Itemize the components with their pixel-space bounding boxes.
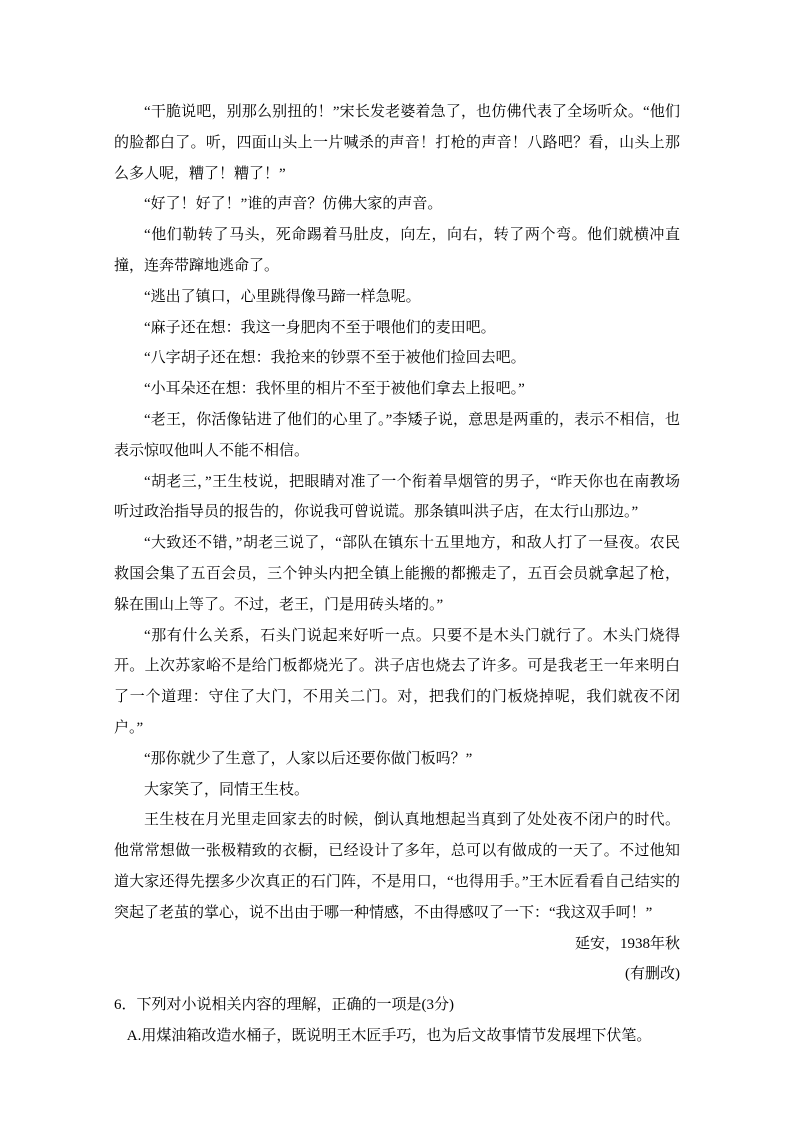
edit-note: (有删改) [114,959,680,990]
story-paragraph: “好了！好了！”谁的声音？仿佛大家的声音。 [114,189,680,220]
story-paragraph: “老王，你活像钻进了他们的心里了。”李矮子说，意思是两重的，表示不相信，也表示惊… [114,405,680,467]
story-paragraph: 大家笑了，同情王生枝。 [114,775,680,806]
story-paragraph: “八字胡子还在想：我抢来的钞票不至于被他们捡回去吧。 [114,343,680,374]
story-paragraph: “那有什么关系，石头门说起来好听一点。只要不是木头门就行了。木头门烧得开。上次苏… [114,621,680,744]
story-paragraph: “胡老三，”王生枝说，把眼睛对准了一个衔着旱烟管的男子，“昨天你也在南教场听过政… [114,467,680,529]
document-page: “干脆说吧，别那么别扭的！”宋长发老婆着急了，也仿佛代表了全场听众。“他们的脸都… [0,0,794,1123]
story-paragraph: “麻子还在想：我这一身肥肉不至于喂他们的麦田吧。 [114,313,680,344]
story-paragraph: “大致还不错，”胡老三说了，“部队在镇东十五里地方，和敌人打了一昼夜。农民救国会… [114,528,680,620]
story-paragraph: “那你就少了生意了，人家以后还要你做门板吗？” [114,744,680,775]
question-stem: 6．下列对小说相关内容的理解，正确的一项是(3分) [114,990,680,1021]
story-paragraph: 王生枝在月光里走回家去的时候，倒认真地想起当真到了处处夜不闭户的时代。他常常想做… [114,805,680,928]
question-option-a: A.用煤油箱改造水桶子，既说明王木匠手巧，也为后文故事情节发展埋下伏笔。 [114,1021,680,1052]
signature-line: 延安，1938年秋 [114,929,680,960]
story-paragraph: “他们勒转了马头，死命踢着马肚皮，向左，向右，转了两个弯。他们就横冲直撞，连奔带… [114,220,680,282]
story-paragraph: “逃出了镇口，心里跳得像马蹄一样急呢。 [114,282,680,313]
story-paragraph: “干脆说吧，别那么别扭的！”宋长发老婆着急了，也仿佛代表了全场听众。“他们的脸都… [114,97,680,189]
story-paragraph: “小耳朵还在想：我怀里的相片不至于被他们拿去上报吧。” [114,374,680,405]
